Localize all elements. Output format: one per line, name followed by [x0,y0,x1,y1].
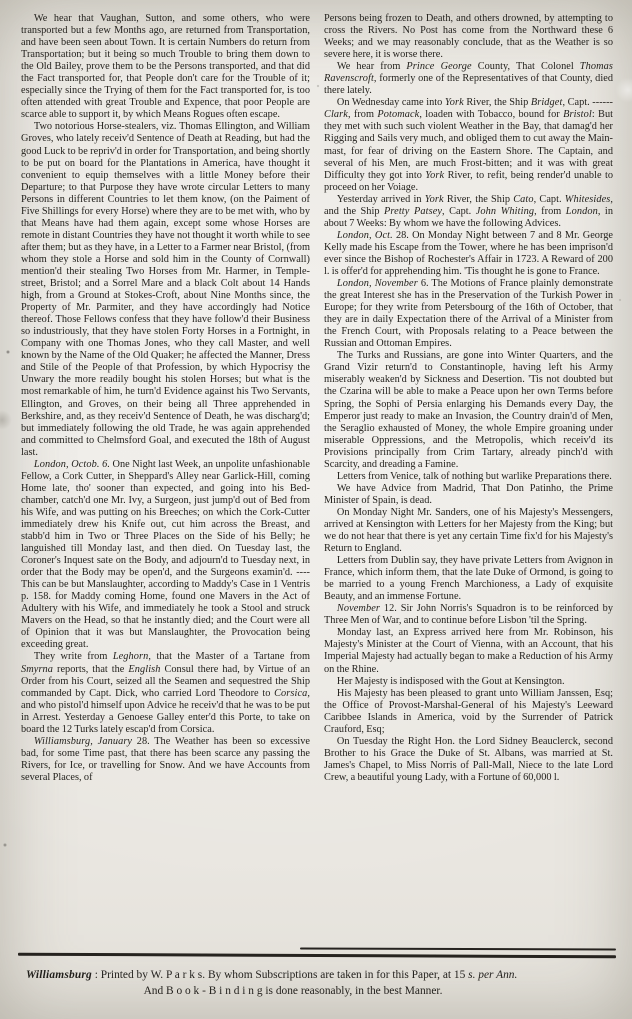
paragraph: London, November 6. The Motions of Franc… [324,278,613,350]
column-left: We hear that Vaughan, Sutton, and some o… [21,13,310,784]
paragraph: Monday last, an Express arrived here fro… [324,627,613,675]
newspaper-page: We hear that Vaughan, Sutton, and some o… [0,0,632,1019]
paragraph: The Turks and Russians, are gone into Wi… [324,350,613,470]
paragraph: On Tuesday the Right Hon. the Lord Sidne… [324,736,613,784]
imprint-city: Williamsburg [26,969,92,981]
paragraph: Her Majesty is indisposed with the Gout … [324,676,613,688]
paragraph: We hear from Prince George County, That … [324,61,613,97]
paragraph: London, Octob. 6. One Night last Week, a… [21,459,310,652]
paragraph: On Monday Night Mr. Sanders, one of his … [324,507,613,555]
colophon-rule-upper [300,947,616,950]
paragraph: Letters from Dublin say, they have priva… [324,555,613,603]
imprint-line-2: And B o o k - B i n d i n g is done reas… [26,984,620,1000]
paragraph: On Wednesday came into York River, the S… [324,97,613,193]
paragraph: They write from Leghorn, that the Master… [21,651,310,735]
paragraph: Letters from Venice, talk of nothing but… [324,471,613,483]
paragraph: We hear that Vaughan, Sutton, and some o… [21,13,310,121]
paragraph: London, Oct. 28. On Monday Night between… [324,230,613,278]
imprint-line-1: Williamsburg : Printed by W. P a r k s. … [26,968,620,984]
paragraph: November 12. Sir John Norris's Squadron … [324,603,613,627]
paragraph: His Majesty has been pleased to grant un… [324,688,613,736]
imprint-text: : Printed by W. P a r k s. By whom Subsc… [92,969,517,981]
text-columns: We hear that Vaughan, Sutton, and some o… [0,0,632,784]
paragraph: Two notorious Horse-stealers, viz. Thoma… [21,121,310,458]
paragraph: Persons being frozen to Death, and other… [324,13,613,61]
column-right: Persons being frozen to Death, and other… [324,13,613,784]
imprint-footer: Williamsburg : Printed by W. P a r k s. … [26,968,620,999]
paragraph: We have Advice from Madrid, That Don Pat… [324,483,613,507]
colophon-rule [18,953,616,958]
paragraph: Yesterday arrived in York River, the Shi… [324,194,613,230]
paragraph: Williamsburg, January 28. The Weather ha… [21,736,310,784]
